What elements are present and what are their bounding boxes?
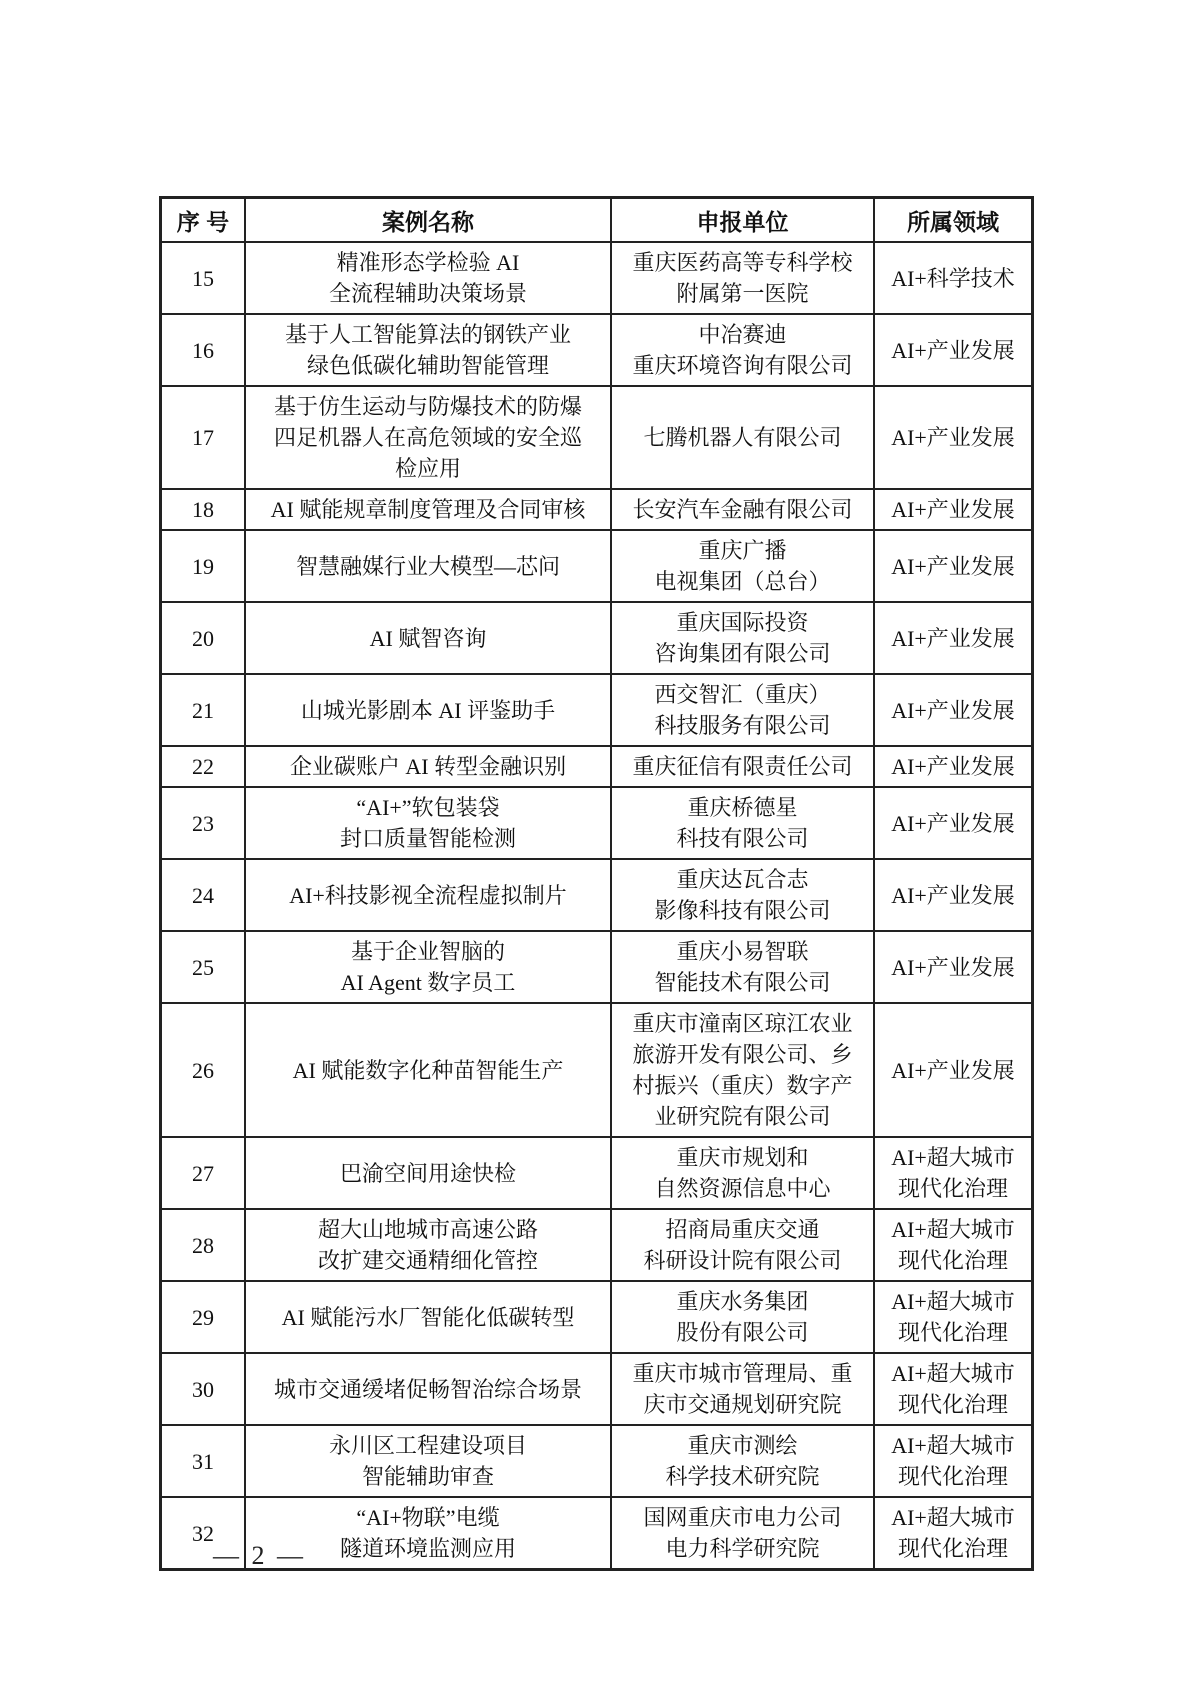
table-row: 23“AI+”软包装袋封口质量智能检测重庆桥德星科技有限公司AI+产业发展 xyxy=(161,787,1032,859)
cell-field: AI+产业发展 xyxy=(874,787,1032,859)
text-line: 重庆市城市管理局、重 xyxy=(616,1358,869,1389)
text-line: AI+产业发展 xyxy=(879,952,1027,983)
cell-name: “AI+”软包装袋封口质量智能检测 xyxy=(245,787,611,859)
text-line: AI+产业发展 xyxy=(879,623,1027,654)
table-header-row: 序 号 案例名称 申报单位 所属领域 xyxy=(161,198,1032,242)
text-line: 自然资源信息中心 xyxy=(616,1173,869,1204)
cell-name: AI 赋智咨询 xyxy=(245,602,611,674)
text-line: 改扩建交通精细化管控 xyxy=(250,1245,606,1276)
document-page: 序 号 案例名称 申报单位 所属领域 15精准形态学检验 AI全流程辅助决策场景… xyxy=(0,0,1190,1683)
text-line: “AI+物联”电缆 xyxy=(250,1502,606,1533)
text-line: AI+科学技术 xyxy=(879,263,1027,294)
cell-name: 永川区工程建设项目智能辅助审查 xyxy=(245,1425,611,1497)
table-row: 17基于仿生运动与防爆技术的防爆四足机器人在高危领域的安全巡检应用七腾机器人有限… xyxy=(161,386,1032,489)
cell-org: 重庆市潼南区琼江农业旅游开发有限公司、乡村振兴（重庆）数字产业研究院有限公司 xyxy=(611,1003,874,1137)
cell-no: 15 xyxy=(161,242,245,314)
cell-org: 长安汽车金融有限公司 xyxy=(611,489,874,530)
cell-org: 重庆广播电视集团（总台） xyxy=(611,530,874,602)
text-line: 业研究院有限公司 xyxy=(616,1101,869,1132)
cell-name: 基于人工智能算法的钢铁产业绿色低碳化辅助智能管理 xyxy=(245,314,611,386)
text-line: 30 xyxy=(166,1374,240,1405)
text-line: 城市交通缓堵促畅智治综合场景 xyxy=(250,1374,606,1405)
cell-name: 基于仿生运动与防爆技术的防爆四足机器人在高危领域的安全巡检应用 xyxy=(245,386,611,489)
cell-org: 国网重庆市电力公司电力科学研究院 xyxy=(611,1497,874,1569)
text-line: 现代化治理 xyxy=(879,1461,1027,1492)
cell-no: 16 xyxy=(161,314,245,386)
table-row: 29AI 赋能污水厂智能化低碳转型重庆水务集团股份有限公司AI+超大城市现代化治… xyxy=(161,1281,1032,1353)
text-line: 科学技术研究院 xyxy=(616,1461,869,1492)
cell-name: 山城光影剧本 AI 评鉴助手 xyxy=(245,674,611,746)
table-row: 16基于人工智能算法的钢铁产业绿色低碳化辅助智能管理中冶赛迪重庆环境咨询有限公司… xyxy=(161,314,1032,386)
cell-org: 重庆国际投资咨询集团有限公司 xyxy=(611,602,874,674)
cell-no: 28 xyxy=(161,1209,245,1281)
text-line: 科技服务有限公司 xyxy=(616,710,869,741)
text-line: 16 xyxy=(166,335,240,366)
cell-no: 27 xyxy=(161,1137,245,1209)
text-line: 基于企业智脑的 xyxy=(250,936,606,967)
cell-field: AI+超大城市现代化治理 xyxy=(874,1353,1032,1425)
table-row: 27巴渝空间用途快检重庆市规划和自然资源信息中心AI+超大城市现代化治理 xyxy=(161,1137,1032,1209)
text-line: 21 xyxy=(166,695,240,726)
text-line: 封口质量智能检测 xyxy=(250,823,606,854)
cell-org: 重庆达瓦合志影像科技有限公司 xyxy=(611,859,874,931)
cell-field: AI+产业发展 xyxy=(874,314,1032,386)
text-line: AI+产业发展 xyxy=(879,1055,1027,1086)
cell-no: 23 xyxy=(161,787,245,859)
cell-field: AI+超大城市现代化治理 xyxy=(874,1137,1032,1209)
text-line: 重庆医药高等专科学校 xyxy=(616,247,869,278)
text-line: 科研设计院有限公司 xyxy=(616,1245,869,1276)
text-line: AI+产业发展 xyxy=(879,880,1027,911)
cell-name: 精准形态学检验 AI全流程辅助决策场景 xyxy=(245,242,611,314)
text-line: 19 xyxy=(166,551,240,582)
cell-name: 智慧融媒行业大模型—芯问 xyxy=(245,530,611,602)
cell-name: 超大山地城市高速公路改扩建交通精细化管控 xyxy=(245,1209,611,1281)
table-row: 19智慧融媒行业大模型—芯问重庆广播电视集团（总台）AI+产业发展 xyxy=(161,530,1032,602)
text-line: 电视集团（总台） xyxy=(616,566,869,597)
text-line: 影像科技有限公司 xyxy=(616,895,869,926)
cell-no: 22 xyxy=(161,746,245,787)
text-line: 现代化治理 xyxy=(879,1533,1027,1564)
cell-org: 重庆市规划和自然资源信息中心 xyxy=(611,1137,874,1209)
text-line: 招商局重庆交通 xyxy=(616,1214,869,1245)
text-line: 科技有限公司 xyxy=(616,823,869,854)
text-line: 现代化治理 xyxy=(879,1245,1027,1276)
col-header-field: 所属领域 xyxy=(874,198,1032,242)
text-line: 附属第一医院 xyxy=(616,278,869,309)
cell-no: 18 xyxy=(161,489,245,530)
text-line: 基于人工智能算法的钢铁产业 xyxy=(250,319,606,350)
text-line: 25 xyxy=(166,952,240,983)
cell-field: AI+产业发展 xyxy=(874,746,1032,787)
text-line: 27 xyxy=(166,1158,240,1189)
cell-name: AI+科技影视全流程虚拟制片 xyxy=(245,859,611,931)
text-line: 咨询集团有限公司 xyxy=(616,638,869,669)
text-line: 重庆广播 xyxy=(616,535,869,566)
text-line: 西交智汇（重庆） xyxy=(616,679,869,710)
cell-field: AI+超大城市现代化治理 xyxy=(874,1281,1032,1353)
text-line: AI+产业发展 xyxy=(879,808,1027,839)
text-line: AI+产业发展 xyxy=(879,751,1027,782)
cases-table: 序 号 案例名称 申报单位 所属领域 15精准形态学检验 AI全流程辅助决策场景… xyxy=(159,196,1034,1571)
cell-name: AI 赋能规章制度管理及合同审核 xyxy=(245,489,611,530)
cell-org: 重庆市城市管理局、重庆市交通规划研究院 xyxy=(611,1353,874,1425)
cell-no: 31 xyxy=(161,1425,245,1497)
text-line: 20 xyxy=(166,623,240,654)
text-line: 国网重庆市电力公司 xyxy=(616,1502,869,1533)
cell-field: AI+产业发展 xyxy=(874,602,1032,674)
text-line: 15 xyxy=(166,263,240,294)
text-line: 18 xyxy=(166,494,240,525)
text-line: 24 xyxy=(166,880,240,911)
text-line: AI+产业发展 xyxy=(879,335,1027,366)
text-line: 重庆桥德星 xyxy=(616,792,869,823)
text-line: AI+超大城市 xyxy=(879,1358,1027,1389)
table-body: 15精准形态学检验 AI全流程辅助决策场景重庆医药高等专科学校附属第一医院AI+… xyxy=(161,242,1032,1569)
cell-field: AI+超大城市现代化治理 xyxy=(874,1497,1032,1569)
cell-name: 基于企业智脑的AI Agent 数字员工 xyxy=(245,931,611,1003)
cell-name: AI 赋能污水厂智能化低碳转型 xyxy=(245,1281,611,1353)
text-line: 山城光影剧本 AI 评鉴助手 xyxy=(250,695,606,726)
text-line: 现代化治理 xyxy=(879,1173,1027,1204)
text-line: 重庆达瓦合志 xyxy=(616,864,869,895)
cell-no: 24 xyxy=(161,859,245,931)
text-line: AI 赋智咨询 xyxy=(250,623,606,654)
cell-org: 七腾机器人有限公司 xyxy=(611,386,874,489)
text-line: 智能技术有限公司 xyxy=(616,967,869,998)
text-line: AI 赋能污水厂智能化低碳转型 xyxy=(250,1302,606,1333)
table-row: 21山城光影剧本 AI 评鉴助手西交智汇（重庆）科技服务有限公司AI+产业发展 xyxy=(161,674,1032,746)
text-line: AI+超大城市 xyxy=(879,1430,1027,1461)
cell-no: 29 xyxy=(161,1281,245,1353)
text-line: 长安汽车金融有限公司 xyxy=(616,494,869,525)
text-line: AI Agent 数字员工 xyxy=(250,967,606,998)
cell-field: AI+产业发展 xyxy=(874,674,1032,746)
text-line: 基于仿生运动与防爆技术的防爆 xyxy=(250,391,606,422)
text-line: 重庆水务集团 xyxy=(616,1286,869,1317)
text-line: AI 赋能规章制度管理及合同审核 xyxy=(250,494,606,525)
text-line: 重庆市测绘 xyxy=(616,1430,869,1461)
cell-name: 巴渝空间用途快检 xyxy=(245,1137,611,1209)
text-line: 现代化治理 xyxy=(879,1317,1027,1348)
cell-org: 中冶赛迪重庆环境咨询有限公司 xyxy=(611,314,874,386)
cell-org: 重庆医药高等专科学校附属第一医院 xyxy=(611,242,874,314)
table-row: 28超大山地城市高速公路改扩建交通精细化管控招商局重庆交通科研设计院有限公司AI… xyxy=(161,1209,1032,1281)
cell-field: AI+产业发展 xyxy=(874,489,1032,530)
text-line: 电力科学研究院 xyxy=(616,1533,869,1564)
text-line: AI+超大城市 xyxy=(879,1214,1027,1245)
text-line: 26 xyxy=(166,1055,240,1086)
text-line: 重庆小易智联 xyxy=(616,936,869,967)
cell-org: 重庆小易智联智能技术有限公司 xyxy=(611,931,874,1003)
text-line: 检应用 xyxy=(250,453,606,484)
cell-no: 17 xyxy=(161,386,245,489)
cell-field: AI+科学技术 xyxy=(874,242,1032,314)
text-line: 七腾机器人有限公司 xyxy=(616,422,869,453)
cell-org: 重庆水务集团股份有限公司 xyxy=(611,1281,874,1353)
cell-org: 重庆市测绘科学技术研究院 xyxy=(611,1425,874,1497)
cell-no: 30 xyxy=(161,1353,245,1425)
text-line: 重庆国际投资 xyxy=(616,607,869,638)
text-line: AI 赋能数字化种苗智能生产 xyxy=(250,1055,606,1086)
text-line: AI+超大城市 xyxy=(879,1286,1027,1317)
text-line: 23 xyxy=(166,808,240,839)
text-line: 企业碳账户 AI 转型金融识别 xyxy=(250,751,606,782)
page-number: — 2 — xyxy=(213,1541,306,1571)
cell-name: 城市交通缓堵促畅智治综合场景 xyxy=(245,1353,611,1425)
table-row: 25基于企业智脑的AI Agent 数字员工重庆小易智联智能技术有限公司AI+产… xyxy=(161,931,1032,1003)
cell-field: AI+超大城市现代化治理 xyxy=(874,1209,1032,1281)
text-line: 村振兴（重庆）数字产 xyxy=(616,1070,869,1101)
text-line: 旅游开发有限公司、乡 xyxy=(616,1039,869,1070)
text-line: 绿色低碳化辅助智能管理 xyxy=(250,350,606,381)
cell-org: 重庆征信有限责任公司 xyxy=(611,746,874,787)
text-line: 28 xyxy=(166,1230,240,1261)
text-line: 重庆环境咨询有限公司 xyxy=(616,350,869,381)
cell-no: 20 xyxy=(161,602,245,674)
text-line: AI+产业发展 xyxy=(879,494,1027,525)
cell-org: 重庆桥德星科技有限公司 xyxy=(611,787,874,859)
cell-field: AI+超大城市现代化治理 xyxy=(874,1425,1032,1497)
text-line: 精准形态学检验 AI xyxy=(250,247,606,278)
cell-name: AI 赋能数字化种苗智能生产 xyxy=(245,1003,611,1137)
table-row: 18AI 赋能规章制度管理及合同审核长安汽车金融有限公司AI+产业发展 xyxy=(161,489,1032,530)
text-line: 四足机器人在高危领域的安全巡 xyxy=(250,422,606,453)
text-line: 31 xyxy=(166,1446,240,1477)
text-line: AI+产业发展 xyxy=(879,695,1027,726)
cell-field: AI+产业发展 xyxy=(874,386,1032,489)
text-line: AI+科技影视全流程虚拟制片 xyxy=(250,880,606,911)
text-line: 重庆市潼南区琼江农业 xyxy=(616,1008,869,1039)
col-header-org: 申报单位 xyxy=(611,198,874,242)
cell-org: 招商局重庆交通科研设计院有限公司 xyxy=(611,1209,874,1281)
text-line: 巴渝空间用途快检 xyxy=(250,1158,606,1189)
table-row: 22企业碳账户 AI 转型金融识别重庆征信有限责任公司AI+产业发展 xyxy=(161,746,1032,787)
cell-no: 21 xyxy=(161,674,245,746)
text-line: 重庆市规划和 xyxy=(616,1142,869,1173)
table-row: 31永川区工程建设项目智能辅助审查重庆市测绘科学技术研究院AI+超大城市现代化治… xyxy=(161,1425,1032,1497)
text-line: 智慧融媒行业大模型—芯问 xyxy=(250,551,606,582)
table-row: 26AI 赋能数字化种苗智能生产重庆市潼南区琼江农业旅游开发有限公司、乡村振兴（… xyxy=(161,1003,1032,1137)
text-line: 庆市交通规划研究院 xyxy=(616,1389,869,1420)
cell-org: 西交智汇（重庆）科技服务有限公司 xyxy=(611,674,874,746)
table-row: 24AI+科技影视全流程虚拟制片重庆达瓦合志影像科技有限公司AI+产业发展 xyxy=(161,859,1032,931)
cell-field: AI+产业发展 xyxy=(874,931,1032,1003)
text-line: 永川区工程建设项目 xyxy=(250,1430,606,1461)
text-line: 全流程辅助决策场景 xyxy=(250,278,606,309)
text-line: 股份有限公司 xyxy=(616,1317,869,1348)
text-line: AI+超大城市 xyxy=(879,1142,1027,1173)
cell-field: AI+产业发展 xyxy=(874,1003,1032,1137)
cell-no: 25 xyxy=(161,931,245,1003)
text-line: 17 xyxy=(166,422,240,453)
text-line: 29 xyxy=(166,1302,240,1333)
cell-field: AI+产业发展 xyxy=(874,859,1032,931)
text-line: 中冶赛迪 xyxy=(616,319,869,350)
cell-field: AI+产业发展 xyxy=(874,530,1032,602)
col-header-no: 序 号 xyxy=(161,198,245,242)
text-line: 智能辅助审查 xyxy=(250,1461,606,1492)
cell-no: 26 xyxy=(161,1003,245,1137)
text-line: AI+超大城市 xyxy=(879,1502,1027,1533)
text-line: 重庆征信有限责任公司 xyxy=(616,751,869,782)
table-row: 20AI 赋智咨询重庆国际投资咨询集团有限公司AI+产业发展 xyxy=(161,602,1032,674)
text-line: 22 xyxy=(166,751,240,782)
text-line: 超大山地城市高速公路 xyxy=(250,1214,606,1245)
cell-no: 19 xyxy=(161,530,245,602)
table-row: 15精准形态学检验 AI全流程辅助决策场景重庆医药高等专科学校附属第一医院AI+… xyxy=(161,242,1032,314)
col-header-case-name: 案例名称 xyxy=(245,198,611,242)
table-row: 30城市交通缓堵促畅智治综合场景重庆市城市管理局、重庆市交通规划研究院AI+超大… xyxy=(161,1353,1032,1425)
text-line: AI+产业发展 xyxy=(879,422,1027,453)
text-line: 现代化治理 xyxy=(879,1389,1027,1420)
text-line: “AI+”软包装袋 xyxy=(250,792,606,823)
cell-name: 企业碳账户 AI 转型金融识别 xyxy=(245,746,611,787)
text-line: AI+产业发展 xyxy=(879,551,1027,582)
